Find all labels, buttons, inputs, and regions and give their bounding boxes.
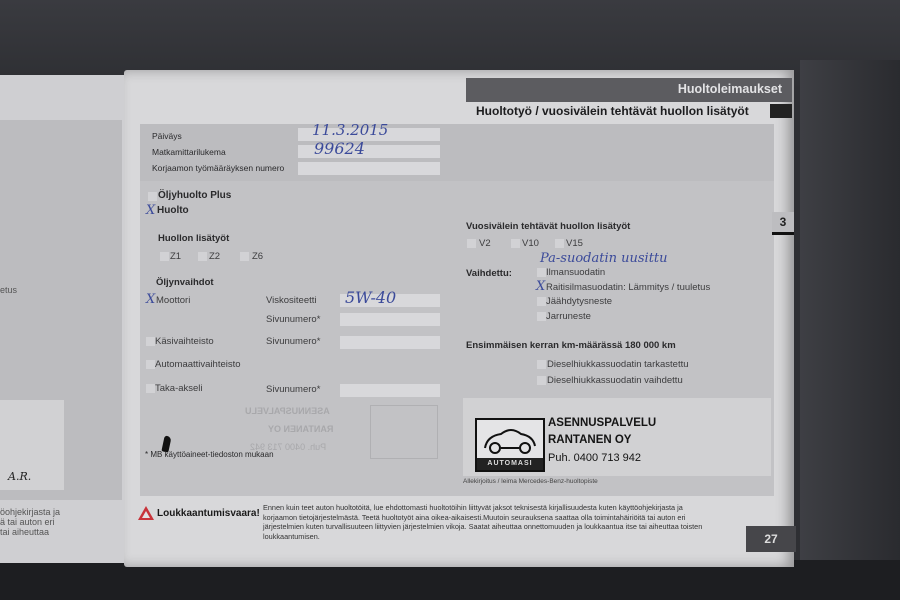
stamp-logo-text: AUTOMASI xyxy=(477,458,543,470)
dpf-checked-label: Dieselhiukkassuodatin tarkastettu xyxy=(547,359,689,370)
rear-page-label: Sivunumero* xyxy=(266,384,320,395)
service-label: Huolto xyxy=(157,205,189,216)
order-number-label: Korjaamon työmääräyksen numero xyxy=(152,163,284,173)
engine-page-field[interactable] xyxy=(340,313,440,326)
dpf-replaced-label: Dieselhiukkassuodatin vaihdettu xyxy=(547,375,683,386)
ghost-stamp-logo xyxy=(370,405,438,459)
rear-page-field[interactable] xyxy=(340,384,440,397)
rear-axle-checkbox[interactable] xyxy=(146,384,155,393)
z1-checkbox[interactable] xyxy=(160,252,169,261)
car-logo-icon: AUTOMASI xyxy=(475,418,545,472)
warning-text: Ennen kuin teet auton huoltotöitä, lue e… xyxy=(263,503,718,541)
cabin-filter-label: Raitisilmasuodatin: Lämmitys / tuuletus xyxy=(546,282,710,293)
cabin-filter-checkmark[interactable]: X xyxy=(536,279,545,294)
manual-gearbox-label: Käsivaihteisto xyxy=(155,336,214,347)
page-subheader: Huoltotyö / vuosivälein tehtävät huollon… xyxy=(476,104,749,118)
additional-work-title: Huollon lisätyöt xyxy=(158,233,229,244)
manual-page-label: Sivunumero* xyxy=(266,336,320,347)
warning-title: Loukkaantumisvaara! xyxy=(157,508,260,519)
section-header: Huoltoleimaukset xyxy=(466,78,792,102)
automatic-gearbox-checkbox[interactable] xyxy=(146,360,155,369)
rear-axle-label: Taka-akseli xyxy=(155,383,203,394)
left-signature: A.R. xyxy=(8,470,31,483)
z2-label: Z2 xyxy=(209,251,220,262)
v15-checkbox[interactable] xyxy=(555,239,564,248)
date-label: Päiväys xyxy=(152,131,182,141)
order-number-field[interactable] xyxy=(298,162,440,175)
odometer-value: 99624 xyxy=(314,139,365,158)
footnote: * MB käyttöaineet-tiedoston mukaan xyxy=(145,450,274,459)
coolant-label: Jäähdytysneste xyxy=(546,296,612,307)
left-text-fragment: etus xyxy=(0,285,17,295)
handwritten-note: Pa-suodatin uusittu xyxy=(540,251,668,266)
dpf-checked-checkbox[interactable] xyxy=(537,360,546,369)
stamp-company-line1: ASENNUSPALVELU xyxy=(548,417,656,429)
viscosity-label: Viskositeetti xyxy=(266,295,317,306)
v2-checkbox[interactable] xyxy=(467,239,476,248)
subheader-marker xyxy=(770,104,792,118)
annual-tasks-title: Vuosivälein tehtävät huollon lisätyöt xyxy=(466,221,630,232)
ghost-stamp-line: ASENNUSPALVELU xyxy=(245,406,330,416)
ghost-stamp-line: RANTANEN OY xyxy=(268,424,333,434)
left-text-fragment: tai aiheuttaa xyxy=(0,527,49,537)
engine-page-label: Sivunumero* xyxy=(266,314,320,325)
section-title: Huoltoleimaukset xyxy=(678,82,782,96)
car-silhouette-icon xyxy=(477,420,543,458)
stamp-caption: Allekirjoitus / leima Mercedes-Benz-huol… xyxy=(463,478,598,485)
brake-fluid-label: Jarruneste xyxy=(546,311,591,322)
dpf-replaced-checkbox[interactable] xyxy=(537,376,546,385)
z1-label: Z1 xyxy=(170,251,181,262)
oil-service-plus-checkbox[interactable] xyxy=(148,192,157,201)
v15-label: V15 xyxy=(566,238,583,249)
manual-page-field[interactable] xyxy=(340,336,440,349)
engine-label: Moottori xyxy=(156,295,190,306)
v10-label: V10 xyxy=(522,238,539,249)
automatic-gearbox-label: Automaattivaihteisto xyxy=(155,359,241,370)
left-text-fragment: ä tai auton eri xyxy=(0,517,55,527)
coolant-checkbox[interactable] xyxy=(537,297,546,306)
left-text-fragment: öohjekirjasta ja xyxy=(0,507,60,517)
air-filter-checkbox[interactable] xyxy=(537,268,546,277)
stamp-phone: Puh. 0400 713 942 xyxy=(548,452,641,464)
first-time-title: Ensimmäisen kerran km-määrässä 180 000 k… xyxy=(466,340,676,351)
date-value: 11.3.2015 xyxy=(312,121,388,139)
engine-checkmark[interactable]: X xyxy=(146,292,155,307)
viscosity-value: 5W-40 xyxy=(345,288,396,307)
z6-label: Z6 xyxy=(252,251,263,262)
air-filter-label: Ilmansuodatin xyxy=(546,267,605,278)
brake-fluid-checkbox[interactable] xyxy=(537,312,546,321)
oil-service-plus-label: Öljyhuolto Plus xyxy=(158,190,231,201)
v10-checkbox[interactable] xyxy=(511,239,520,248)
z6-checkbox[interactable] xyxy=(240,252,249,261)
page-number: 27 xyxy=(746,526,796,552)
v2-label: V2 xyxy=(479,238,491,249)
stamp-company-line2: RANTANEN OY xyxy=(548,434,631,446)
oil-changes-title: Öljynvaihdot xyxy=(156,277,214,288)
manual-gearbox-checkbox[interactable] xyxy=(146,337,155,346)
z2-checkbox[interactable] xyxy=(198,252,207,261)
background-right xyxy=(800,60,900,600)
section-tab: 3 xyxy=(772,212,794,235)
service-checkmark[interactable]: X xyxy=(146,203,155,218)
odometer-label: Matkamittarilukema xyxy=(152,147,226,157)
replaced-label: Vaihdettu: xyxy=(466,268,512,279)
